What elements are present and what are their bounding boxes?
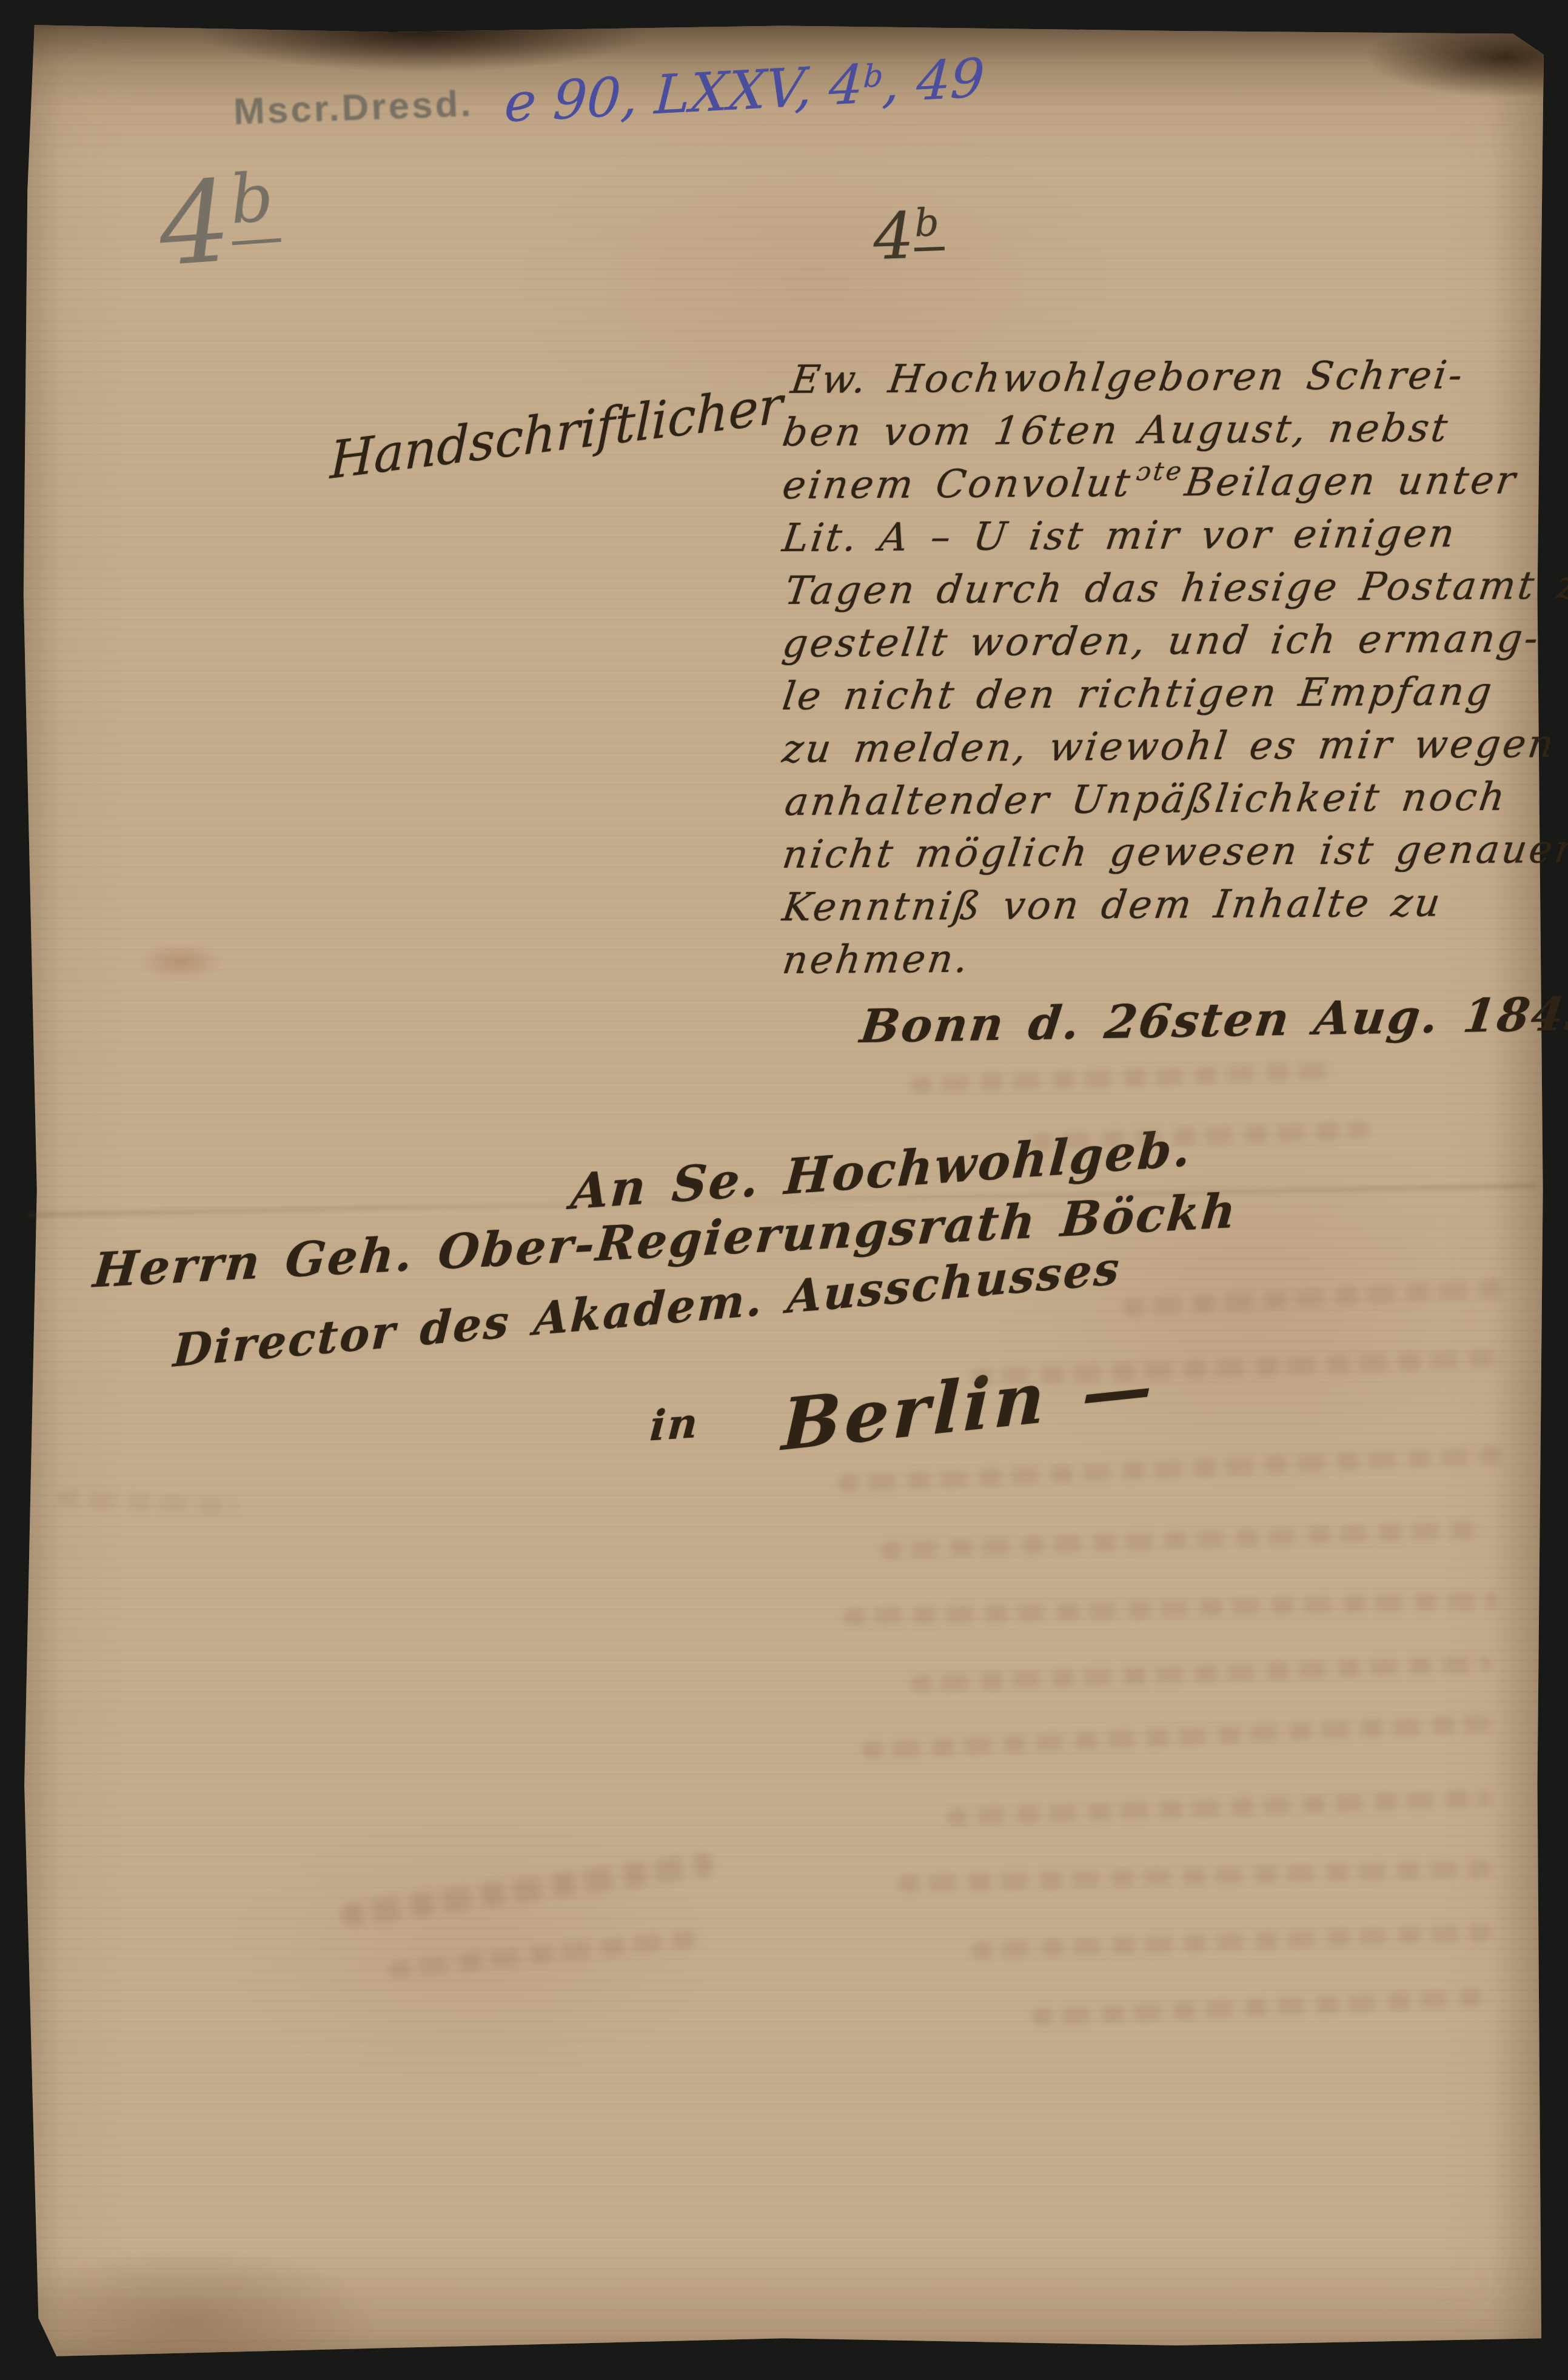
letter-line3-pre: einem Convolut: [780, 461, 1135, 508]
letter-line: zu melden, wiewohl es mir wegen: [780, 722, 1559, 772]
library-stamp-text: Mscr.Dresd.: [233, 82, 474, 133]
folio-number-pencil: 4b: [155, 152, 284, 291]
folio-ink-superscript: b: [913, 200, 945, 252]
letter-line3-post: Beilagen unter: [1182, 458, 1520, 506]
scanned-letter-page: Mscr.Dresd. e 90, LXXV, 4b, 49 4b 4b Han…: [0, 0, 1568, 2380]
letter-line: nicht möglich gewesen ist genauen: [780, 827, 1568, 877]
folio-pencil-base: 4: [155, 156, 235, 292]
shelfmark-post: , 49: [881, 47, 986, 115]
letter-line: nehmen.: [780, 937, 973, 983]
folio-ink-base: 4: [872, 199, 915, 274]
library-stamp: Mscr.Dresd.: [233, 82, 474, 133]
letter-line: ben vom 16ten August, nebst: [780, 406, 1452, 455]
letter-line: gestellt worden, und ich ermang-: [780, 616, 1543, 666]
letter-line3-insertion: ɔte: [1134, 456, 1185, 486]
letter-line: Kenntniß von dem Inhalte zu: [780, 880, 1445, 930]
letter-line: Tagen durch das hiesige Postamt zu-: [782, 563, 1568, 614]
folio-number-ink: 4b: [872, 198, 945, 274]
letter-line: einem ConvolutɔteBeilagen unter: [780, 458, 1520, 508]
letter-line: anhaltender Unpäßlichkeit noch: [782, 775, 1510, 825]
letter-line: Lit. A – U ist mir vor einigen: [780, 511, 1459, 561]
letter-line: le nicht den richtigen Empfang: [780, 669, 1496, 719]
letter-line: Ew. Hochwohlgeboren Schrei-: [788, 353, 1467, 403]
address-line-4: in: [648, 1398, 701, 1450]
shelfmark-superscript: b: [862, 58, 884, 95]
folio-pencil-superscript: b: [226, 158, 281, 245]
